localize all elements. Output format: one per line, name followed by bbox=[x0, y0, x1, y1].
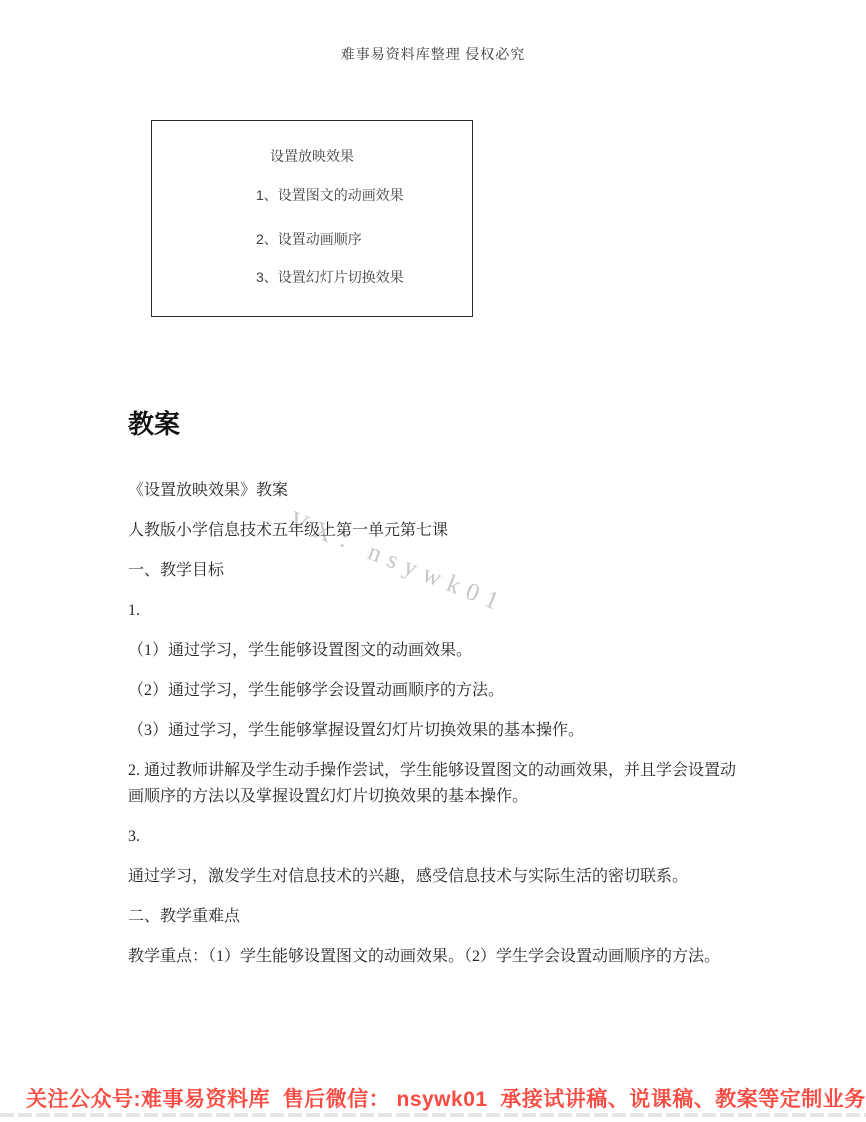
paragraph-section-1: 一、教学目标 bbox=[128, 558, 746, 584]
slide-diagram-title: 设置放映效果 bbox=[152, 146, 472, 166]
paragraph-goal-2: （2）通过学习，学生能够学会设置动画顺序的方法。 bbox=[128, 678, 746, 704]
slide-diagram-item-3: 3、设置幻灯片切换效果 bbox=[256, 267, 404, 287]
slide-diagram-item-2: 2、设置动画顺序 bbox=[256, 229, 362, 249]
slide-diagram: 设置放映效果 1、设置图文的动画效果 2、设置动画顺序 3、设置幻灯片切换效果 bbox=[151, 120, 473, 317]
paragraph-course-info: 人教版小学信息技术五年级上第一单元第七课 bbox=[128, 518, 746, 544]
paragraph-goal-3: （3）通过学习，学生能够掌握设置幻灯片切换效果的基本操作。 bbox=[128, 718, 746, 744]
document-body: 教案 《设置放映效果》教案 人教版小学信息技术五年级上第一单元第七课 一、教学目… bbox=[128, 408, 746, 984]
paragraph-item-1: 1. bbox=[128, 598, 746, 624]
paragraph-subtitle: 《设置放映效果》教案 bbox=[128, 478, 746, 504]
paragraph-item-2: 2. 通过教师讲解及学生动手操作尝试，学生能够设置图文的动画效果，并且学会设置动… bbox=[128, 758, 746, 810]
footer-edge-strip bbox=[0, 1113, 866, 1117]
paragraph-goal-1: （1）通过学习，学生能够设置图文的动画效果。 bbox=[128, 638, 746, 664]
header-notice: 难事易资料库整理 侵权必究 bbox=[0, 44, 866, 64]
slide-diagram-item-1: 1、设置图文的动画效果 bbox=[256, 185, 404, 205]
paragraph-key-points: 教学重点：（1）学生能够设置图文的动画效果。（2）学生学会设置动画顺序的方法。 bbox=[128, 944, 746, 970]
document-page: 难事易资料库整理 侵权必究 设置放映效果 1、设置图文的动画效果 2、设置动画顺… bbox=[0, 0, 866, 1122]
footer-promo-banner: 关注公众号:难事易资料库 售后微信： nsywk01 承接试讲稿、说课稿、教案等… bbox=[0, 1083, 866, 1113]
paragraph-item-3: 3. bbox=[128, 824, 746, 850]
paragraph-goal-affective: 通过学习，激发学生对信息技术的兴趣，感受信息技术与实际生活的密切联系。 bbox=[128, 864, 746, 890]
document-title: 教案 bbox=[128, 408, 746, 442]
paragraph-section-2: 二、教学重难点 bbox=[128, 904, 746, 930]
